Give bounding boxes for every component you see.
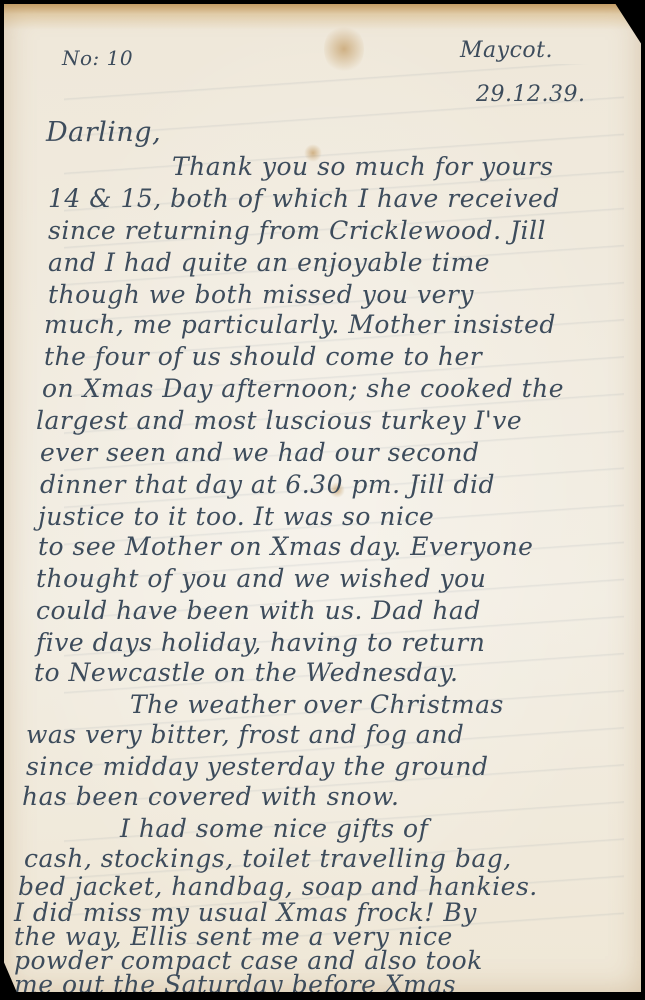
letter-line: the four of us should come to her — [44, 344, 482, 369]
letter-line: and I had quite an enjoyable time — [48, 250, 490, 275]
letter-line: has been covered with snow. — [22, 784, 399, 809]
letter-line: 14 & 15, both of which I have received — [48, 186, 560, 211]
letter-line: I had some nice gifts of — [120, 816, 428, 841]
stain-top — [324, 24, 364, 74]
letter-line: dinner that day at 6.30 pm. Jill did — [40, 472, 495, 497]
letter-line: to Newcastle on the Wednesday. — [34, 660, 458, 685]
letter-line: to see Mother on Xmas day. Everyone — [38, 534, 533, 559]
letter-line: much, me particularly. Mother insisted — [44, 312, 556, 337]
salutation: Darling, — [46, 119, 161, 146]
letter-line: since midday yesterday the ground — [26, 754, 488, 779]
letter-number: No: 10 — [62, 48, 133, 68]
letter-line: ever seen and we had our second — [40, 440, 479, 465]
letter-line: largest and most luscious turkey I've — [36, 408, 522, 433]
letter-line: could have been with us. Dad had — [36, 598, 481, 623]
letter-line: five days holiday, having to return — [36, 630, 485, 655]
letter-line: The weather over Christmas — [130, 692, 504, 717]
letter-line: on Xmas Day afternoon; she cooked the — [42, 376, 564, 401]
letter-line: Thank you so much for yours — [172, 154, 554, 179]
letter-line: since returning from Cricklewood. Jill — [48, 218, 546, 243]
letter-place: Maycot. — [460, 40, 553, 62]
letter-line: bed jacket, handbag, soap and hankies. — [18, 874, 538, 899]
letter-line: cash, stockings, toilet travelling bag, — [24, 846, 512, 871]
letter-page: No: 10 Maycot. 29.12.39. Darling, Thank … — [4, 4, 641, 992]
letter-line: thought of you and we wished you — [36, 566, 486, 591]
letter-date: 29.12.39. — [476, 84, 585, 106]
letter-line: was very bitter, frost and fog and — [26, 722, 464, 747]
letter-line: though we both missed you very — [48, 282, 474, 307]
letter-line: justice to it too. It was so nice — [38, 504, 434, 529]
letter-line: me out the Saturday before Xmas — [14, 972, 456, 997]
